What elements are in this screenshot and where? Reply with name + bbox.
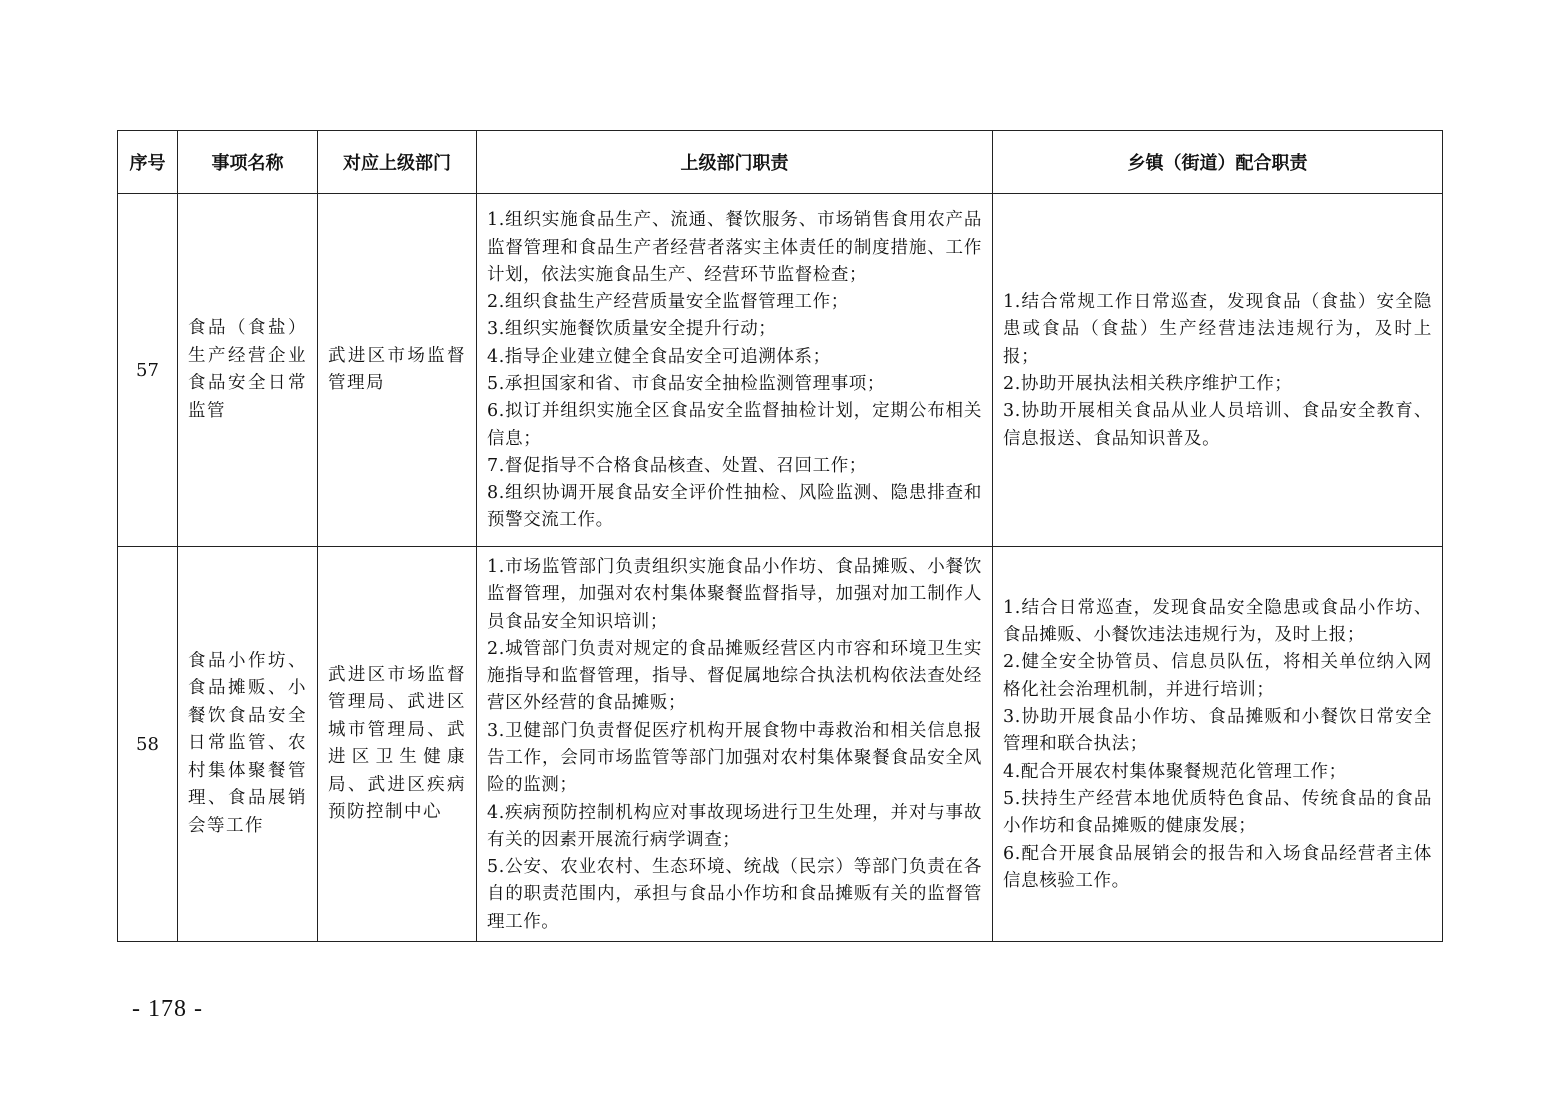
duty-item: 7.督促指导不合格食品核查、处置、召回工作； — [487, 453, 982, 480]
table-row: 58 食品小作坊、食品摊贩、小餐饮食品安全日常监管、农村集体聚餐管理、食品展销会… — [118, 547, 1443, 942]
document-page: 序号 事项名称 对应上级部门 上级部门职责 乡镇（街道）配合职责 57 食品（食… — [0, 0, 1559, 1102]
table-header-row: 序号 事项名称 对应上级部门 上级部门职责 乡镇（街道）配合职责 — [118, 131, 1443, 194]
header-township-cooperation-duties: 乡镇（街道）配合职责 — [993, 131, 1443, 194]
duty-item: 2.组织食盐生产经营质量安全监督管理工作； — [487, 289, 982, 316]
superior-duties-cell: 1.市场监管部门负责组织实施食品小作坊、食品摊贩、小餐饮监督管理，加强对农村集体… — [477, 547, 993, 942]
coop-item: 2.健全安全协管员、信息员队伍，将相关单位纳入网格化社会治理机制，并进行培训； — [1003, 649, 1432, 704]
duty-item: 3.卫健部门负责督促医疗机构开展食物中毒救治和相关信息报告工作，会同市场监管等部… — [487, 718, 982, 800]
duty-item: 4.疾病预防控制机构应对事故现场进行卫生处理，并对与事故有关的因素开展流行病学调… — [487, 800, 982, 855]
coop-item: 3.协助开展食品小作坊、食品摊贩和小餐饮日常安全管理和联合执法； — [1003, 704, 1432, 759]
serial-number-cell: 57 — [118, 194, 178, 547]
coop-item: 6.配合开展食品展销会的报告和入场食品经营者主体信息核验工作。 — [1003, 841, 1432, 896]
duty-item: 1.组织实施食品生产、流通、餐饮服务、市场销售食用农产品监督管理和食品生产者经营… — [487, 207, 982, 289]
item-name-cell: 食品（食盐）生产经营企业食品安全日常监管 — [178, 194, 318, 547]
superior-duties-cell: 1.组织实施食品生产、流通、餐饮服务、市场销售食用农产品监督管理和食品生产者经营… — [477, 194, 993, 547]
item-name-cell: 食品小作坊、食品摊贩、小餐饮食品安全日常监管、农村集体聚餐管理、食品展销会等工作 — [178, 547, 318, 942]
cooperation-duties-cell: 1.结合常规工作日常巡查，发现食品（食盐）安全隐患或食品（食盐）生产经营违法违规… — [993, 194, 1443, 547]
duty-item: 4.指导企业建立健全食品安全可追溯体系； — [487, 344, 982, 371]
duty-item: 3.组织实施餐饮质量安全提升行动； — [487, 316, 982, 343]
responsibility-table: 序号 事项名称 对应上级部门 上级部门职责 乡镇（街道）配合职责 57 食品（食… — [117, 130, 1443, 942]
coop-item: 1.结合常规工作日常巡查，发现食品（食盐）安全隐患或食品（食盐）生产经营违法违规… — [1003, 289, 1432, 371]
coop-item: 3.协助开展相关食品从业人员培训、食品安全教育、信息报送、食品知识普及。 — [1003, 398, 1432, 453]
duty-item: 1.市场监管部门负责组织实施食品小作坊、食品摊贩、小餐饮监督管理，加强对农村集体… — [487, 554, 982, 636]
duty-item: 5.公安、农业农村、生态环境、统战（民宗）等部门负责在各自的职责范围内，承担与食… — [487, 854, 982, 936]
page-number: - 178 - — [132, 996, 203, 1023]
header-item-name: 事项名称 — [178, 131, 318, 194]
coop-item: 4.配合开展农村集体聚餐规范化管理工作； — [1003, 759, 1432, 786]
duty-item: 5.承担国家和省、市食品安全抽检监测管理事项； — [487, 371, 982, 398]
duty-item: 8.组织协调开展食品安全评价性抽检、风险监测、隐患排查和预警交流工作。 — [487, 480, 982, 535]
coop-item: 2.协助开展执法相关秩序维护工作； — [1003, 371, 1432, 398]
header-superior-duties: 上级部门职责 — [477, 131, 993, 194]
serial-number-cell: 58 — [118, 547, 178, 942]
header-superior-department: 对应上级部门 — [318, 131, 477, 194]
table-row: 57 食品（食盐）生产经营企业食品安全日常监管 武进区市场监督管理局 1.组织实… — [118, 194, 1443, 547]
cooperation-duties-cell: 1.结合日常巡查，发现食品安全隐患或食品小作坊、食品摊贩、小餐饮违法违规行为，及… — [993, 547, 1443, 942]
duty-item: 2.城管部门负责对规定的食品摊贩经营区内市容和环境卫生实施指导和监督管理，指导、… — [487, 636, 982, 718]
coop-item: 5.扶持生产经营本地优质特色食品、传统食品的食品小作坊和食品摊贩的健康发展； — [1003, 786, 1432, 841]
header-serial-number: 序号 — [118, 131, 178, 194]
department-cell: 武进区市场监督管理局 — [318, 194, 477, 547]
duty-item: 6.拟订并组织实施全区食品安全监督抽检计划，定期公布相关信息； — [487, 398, 982, 453]
department-cell: 武进区市场监督管理局、武进区城市管理局、武进区卫生健康局、武进区疾病预防控制中心 — [318, 547, 477, 942]
coop-item: 1.结合日常巡查，发现食品安全隐患或食品小作坊、食品摊贩、小餐饮违法违规行为，及… — [1003, 595, 1432, 650]
